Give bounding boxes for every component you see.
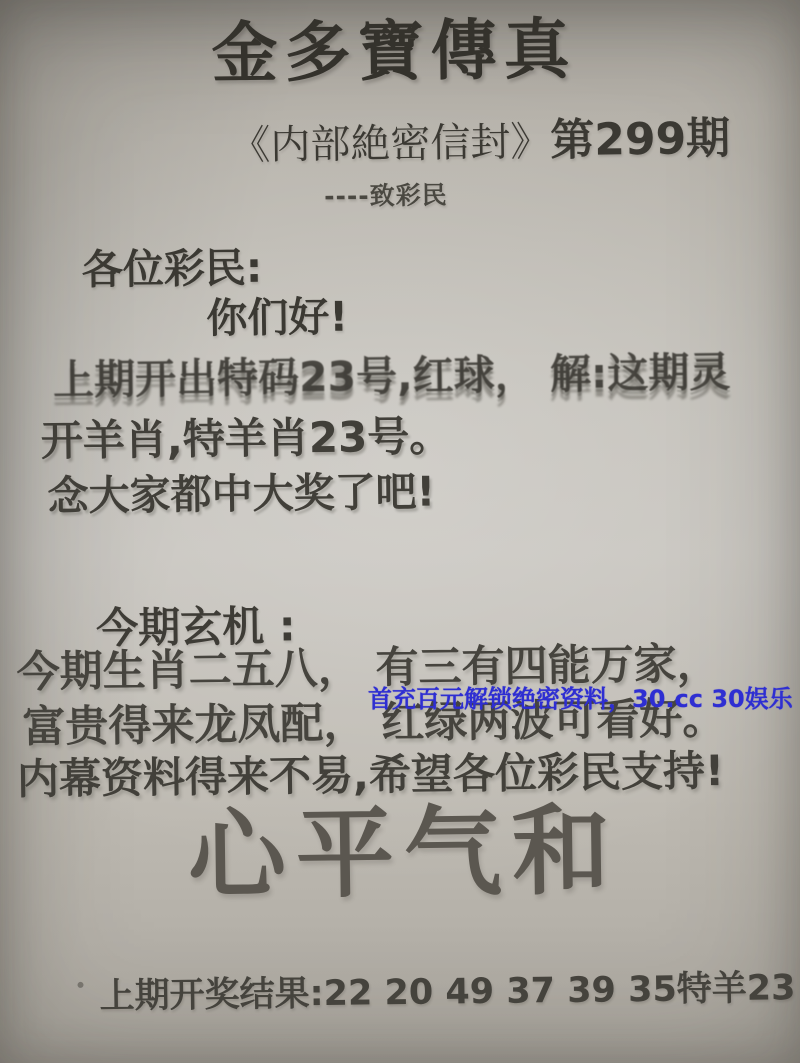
promo-watermark: 首充百元解锁绝密资料，30.cc 30娱乐 (368, 679, 793, 714)
prev-draw-line-3: 念大家都中大奖了吧! (47, 469, 435, 521)
dedication-line: ----致彩民 (0, 177, 786, 216)
issue-line: 《内部絶密信封》第299期 (80, 112, 800, 172)
paper-speck (77, 982, 83, 988)
prev-draw-line-1: 上期开出特码23号,红球， 解:这期灵 (53, 349, 731, 404)
fax-document-photo: 金多寶傳真 《内部絶密信封》第299期 ----致彩民 各位彩民: 你们好! 上… (0, 0, 800, 1063)
envelope-label: 《内部絶密信封》 (230, 119, 551, 169)
results-special: 特羊23 (677, 968, 796, 1009)
prev-draw-line-2: 开羊肖,特羊肖23号。 (41, 412, 452, 465)
document-title: 金多寶傳真 (0, 9, 795, 95)
document-content: 金多寶傳真 《内部絶密信封》第299期 ----致彩民 各位彩民: 你们好! 上… (0, 0, 800, 1063)
results-numbers: 22 20 49 37 39 35 (323, 970, 677, 1014)
motto: 心平气和 (3, 793, 800, 915)
previous-results-line: 上期开奖结果:22 20 49 37 39 35特羊23 (99, 968, 795, 1017)
results-label: 上期开奖结果: (99, 974, 323, 1017)
salutation: 各位彩民: (81, 245, 262, 294)
issue-number: 第299期 (550, 113, 730, 166)
greeting: 你们好! (206, 294, 348, 343)
